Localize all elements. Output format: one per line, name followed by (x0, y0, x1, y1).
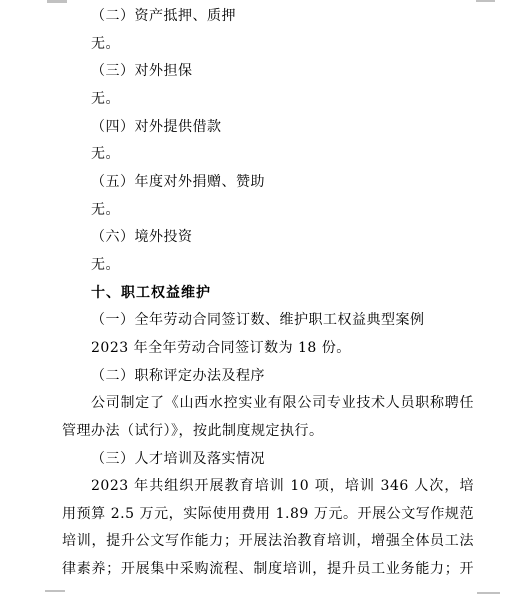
text-line: 公司制定了《山西水控实业有限公司专业技术人员职称聘任 (62, 390, 474, 418)
text-line: 无。 (62, 252, 474, 280)
text-line: 管理办法（试行）》，按此制度规定执行。 (62, 418, 474, 446)
text-line: （二）职称评定办法及程序 (62, 363, 474, 391)
text-line: 2023 年共组织开展教育培训 10 项，培训 346 人次，培训费 (62, 473, 474, 501)
text-line: 2023 年全年劳动合同签订数为 18 份。 (62, 335, 474, 363)
text-line: （一）全年劳动合同签订数、维护职工权益典型案例 (62, 307, 474, 335)
text-line: （六）境外投资 (62, 224, 474, 252)
text-line: 无。 (62, 31, 474, 59)
text-line: 无。 (62, 197, 474, 225)
text-line: 培训，提升公文写作能力；开展法治教育培训，增强全体员工法 (62, 528, 474, 556)
document-text: （二）资产抵押、质押无。（三）对外担保无。（四）对外提供借款无。（五）年度对外捐… (62, 3, 474, 584)
text-line: （五）年度对外捐赠、赞助 (62, 169, 474, 197)
text-line: 无。 (62, 141, 474, 169)
text-line: 无。 (62, 86, 474, 114)
page-margin-mark-top-right (476, 0, 495, 2)
section-heading: 十、职工权益维护 (62, 280, 474, 308)
text-line: （二）资产抵押、质押 (62, 3, 474, 31)
text-line: 用预算 2.5 万元，实际使用费用 1.89 万元。开展公文写作规范 (62, 501, 474, 529)
page-margin-mark-bottom-right (477, 592, 500, 594)
document-page: （二）资产抵押、质押无。（三）对外担保无。（四）对外提供借款无。（五）年度对外捐… (0, 0, 531, 597)
text-line: （三）人才培训及落实情况 (62, 446, 474, 474)
text-line: （三）对外担保 (62, 58, 474, 86)
text-line: 律素养；开展集中采购流程、制度培训，提升员工业务能力；开 (62, 556, 474, 584)
page-margin-mark-bottom-left (45, 590, 65, 592)
text-line: （四）对外提供借款 (62, 114, 474, 142)
